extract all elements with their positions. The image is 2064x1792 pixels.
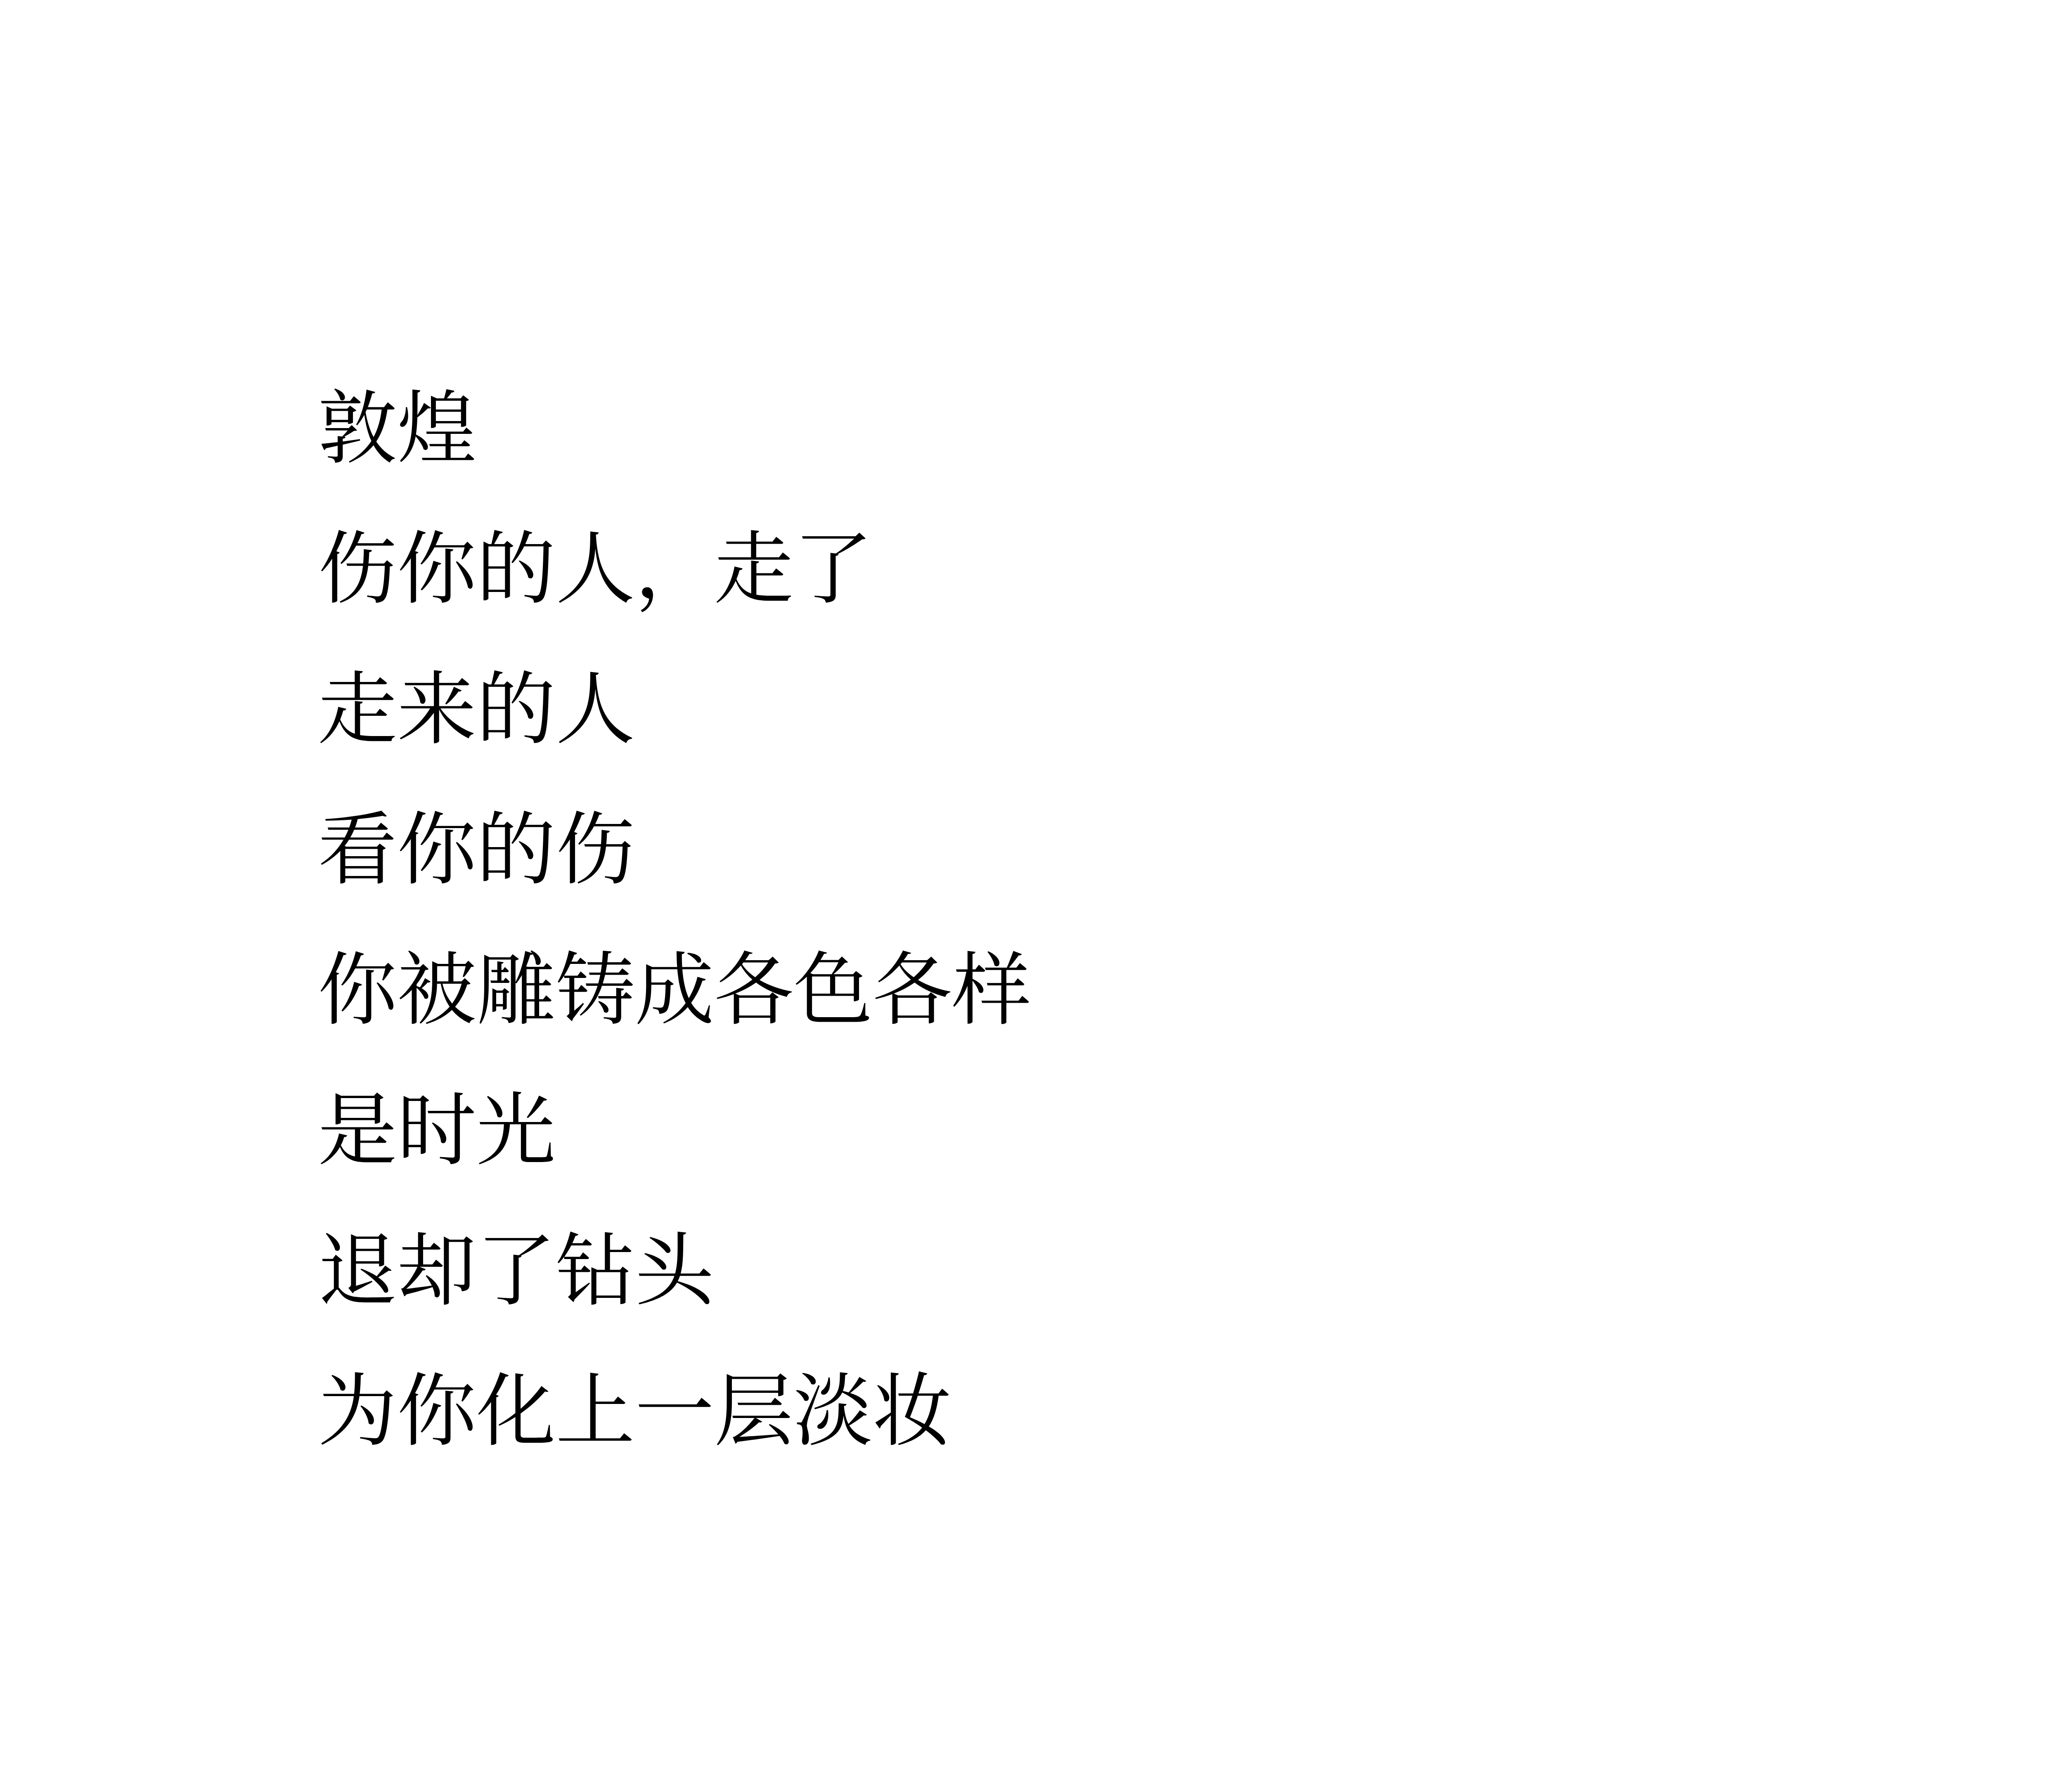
poem-block: 敦煌 伤你的人，走了 走来的人 看你的伤 你被雕铸成各色各样 是时光 退却了钻头…	[318, 359, 1031, 1482]
poem-line-7: 为你化上一层淡妆	[318, 1342, 1031, 1482]
poem-line-2: 走来的人	[318, 640, 1031, 780]
poem-line-4: 你被雕铸成各色各样	[318, 921, 1031, 1061]
poem-line-1: 伤你的人，走了	[318, 499, 1031, 640]
poem-line-5: 是时光	[318, 1061, 1031, 1201]
poem-title: 敦煌	[318, 359, 1031, 499]
poem-line-6: 退却了钻头	[318, 1201, 1031, 1342]
poem-line-3: 看你的伤	[318, 780, 1031, 921]
